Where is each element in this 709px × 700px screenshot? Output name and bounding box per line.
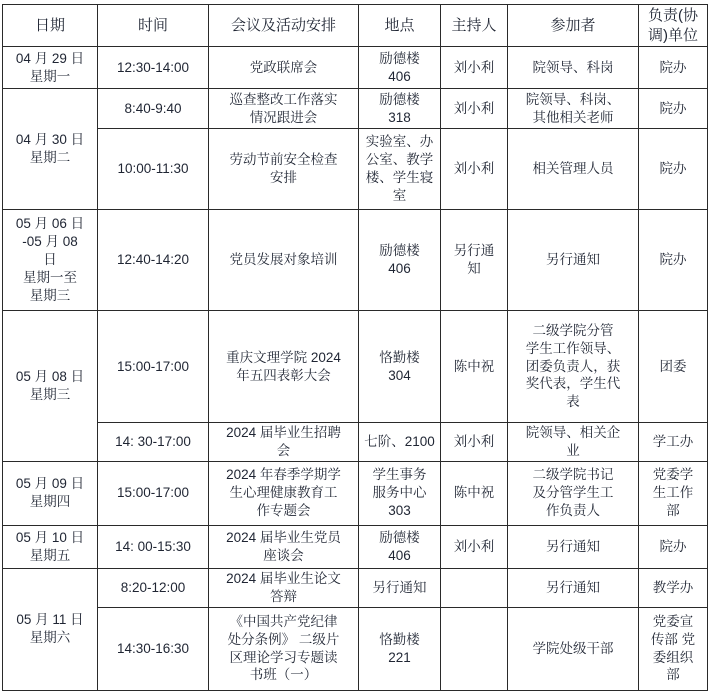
participants-cell: 另行通知: [508, 210, 639, 311]
table-row: 05 月 06 日 -05 月 08 日 星期一至 星期三 12:40-14:2…: [3, 210, 708, 311]
event-cell: 重庆文理学院 2024 年五四表彰大会: [209, 311, 359, 423]
event-cell: 2024 届毕业生论文 答辩: [209, 568, 359, 607]
date-cell: 04 月 30 日 星期二: [3, 89, 98, 210]
header-participants: 参加者: [508, 5, 639, 47]
time-cell: 8:40-9:40: [98, 89, 209, 129]
place-cell: 实验室、办 公室、教学 楼、学生寝 室: [359, 129, 441, 210]
schedule-table: 日期 时间 会议及活动安排 地点 主持人 参加者 负责(协 调)单位 04 月 …: [2, 4, 708, 691]
participants-cell: 另行通知: [508, 525, 639, 568]
participants-cell: 另行通知: [508, 568, 639, 607]
place-cell: 七阶、2100: [359, 423, 441, 462]
participants-cell: 相关管理人员: [508, 129, 639, 210]
time-cell: 14: 00-15:30: [98, 525, 209, 568]
date-cell: 05 月 09 日 星期四: [3, 461, 98, 525]
time-cell: 15:00-17:00: [98, 461, 209, 525]
header-date: 日期: [3, 5, 98, 47]
host-cell: 另行通 知: [441, 210, 508, 311]
event-cell: 《中国共产党纪律 处分条例》 二级片 区理论学习专题读 书班（一）: [209, 607, 359, 690]
place-cell: 恪勤楼 304: [359, 311, 441, 423]
place-cell: 另行通知: [359, 568, 441, 607]
place-cell: 励德楼 406: [359, 47, 441, 89]
event-cell: 党员发展对象培训: [209, 210, 359, 311]
time-cell: 15:00-17:00: [98, 311, 209, 423]
host-cell: 刘小利: [441, 47, 508, 89]
time-cell: 12:40-14:20: [98, 210, 209, 311]
table-row: 05 月 10 日 星期五 14: 00-15:30 2024 届毕业生党员 座…: [3, 525, 708, 568]
time-cell: 10:00-11:30: [98, 129, 209, 210]
unit-cell: 院办: [639, 47, 708, 89]
table-row: 10:00-11:30 劳动节前安全检查 安排 实验室、办 公室、教学 楼、学生…: [3, 129, 708, 210]
unit-cell: 教学办: [639, 568, 708, 607]
date-cell: 05 月 06 日 -05 月 08 日 星期一至 星期三: [3, 210, 98, 311]
place-cell: 励德楼 318: [359, 89, 441, 129]
participants-cell: 二级学院书记 及分管学生工 作负责人: [508, 461, 639, 525]
host-cell: 陈中祝: [441, 311, 508, 423]
place-cell: 励德楼 406: [359, 210, 441, 311]
place-cell: 恪勤楼 221: [359, 607, 441, 690]
participants-cell: 二级学院分管 学生工作领导、 团委负责人，获 奖代表，学生代 表: [508, 311, 639, 423]
event-cell: 2024 年春季学期学 生心理健康教育工 作专题会: [209, 461, 359, 525]
header-time: 时间: [98, 5, 209, 47]
unit-cell: 团委: [639, 311, 708, 423]
header-event: 会议及活动安排: [209, 5, 359, 47]
table-row: 04 月 30 日 星期二 8:40-9:40 巡查整改工作落实 情况跟进会 励…: [3, 89, 708, 129]
table-row: 05 月 11 日 星期六 8:20-12:00 2024 届毕业生论文 答辩 …: [3, 568, 708, 607]
table-row: 14:30-16:30 《中国共产党纪律 处分条例》 二级片 区理论学习专题读 …: [3, 607, 708, 690]
event-cell: 巡查整改工作落实 情况跟进会: [209, 89, 359, 129]
place-cell: 学生事务 服务中心 303: [359, 461, 441, 525]
header-unit: 负责(协 调)单位: [639, 5, 708, 47]
header-host: 主持人: [441, 5, 508, 47]
host-cell: 刘小利: [441, 129, 508, 210]
time-cell: 14:30-16:30: [98, 607, 209, 690]
participants-cell: 院领导、相关企 业: [508, 423, 639, 462]
header-place: 地点: [359, 5, 441, 47]
time-cell: 14: 30-17:00: [98, 423, 209, 462]
unit-cell: 党委宣 传部 党 委组织 部: [639, 607, 708, 690]
date-cell: 04 月 29 日 星期一: [3, 47, 98, 89]
table-row: 05 月 08 日 星期三 15:00-17:00 重庆文理学院 2024 年五…: [3, 311, 708, 423]
table-row: 14: 30-17:00 2024 届毕业生招聘 会 七阶、2100 刘小利 院…: [3, 423, 708, 462]
event-cell: 劳动节前安全检查 安排: [209, 129, 359, 210]
unit-cell: 院办: [639, 89, 708, 129]
unit-cell: 学工办: [639, 423, 708, 462]
table-row: 05 月 09 日 星期四 15:00-17:00 2024 年春季学期学 生心…: [3, 461, 708, 525]
place-cell: 励德楼 406: [359, 525, 441, 568]
unit-cell: 院办: [639, 525, 708, 568]
date-cell: 05 月 11 日 星期六: [3, 568, 98, 690]
host-cell: 刘小利: [441, 525, 508, 568]
participants-cell: 院领导、科岗: [508, 47, 639, 89]
time-cell: 8:20-12:00: [98, 568, 209, 607]
unit-cell: 党委学 生工作 部: [639, 461, 708, 525]
event-cell: 2024 届毕业生招聘 会: [209, 423, 359, 462]
table-row: 04 月 29 日 星期一 12:30-14:00 党政联席会 励德楼 406 …: [3, 47, 708, 89]
unit-cell: 院办: [639, 129, 708, 210]
date-cell: 05 月 10 日 星期五: [3, 525, 98, 568]
header-row: 日期 时间 会议及活动安排 地点 主持人 参加者 负责(协 调)单位: [3, 5, 708, 47]
time-cell: 12:30-14:00: [98, 47, 209, 89]
event-cell: 2024 届毕业生党员 座谈会: [209, 525, 359, 568]
host-cell: 刘小利: [441, 89, 508, 129]
date-cell: 05 月 08 日 星期三: [3, 311, 98, 462]
host-cell: 刘小利: [441, 423, 508, 462]
event-cell: 党政联席会: [209, 47, 359, 89]
participants-cell: 学院处级干部: [508, 607, 639, 690]
host-cell: [441, 568, 508, 607]
unit-cell: 院办: [639, 210, 708, 311]
participants-cell: 院领导、科岗、 其他相关老师: [508, 89, 639, 129]
host-cell: [441, 607, 508, 690]
host-cell: 陈中祝: [441, 461, 508, 525]
